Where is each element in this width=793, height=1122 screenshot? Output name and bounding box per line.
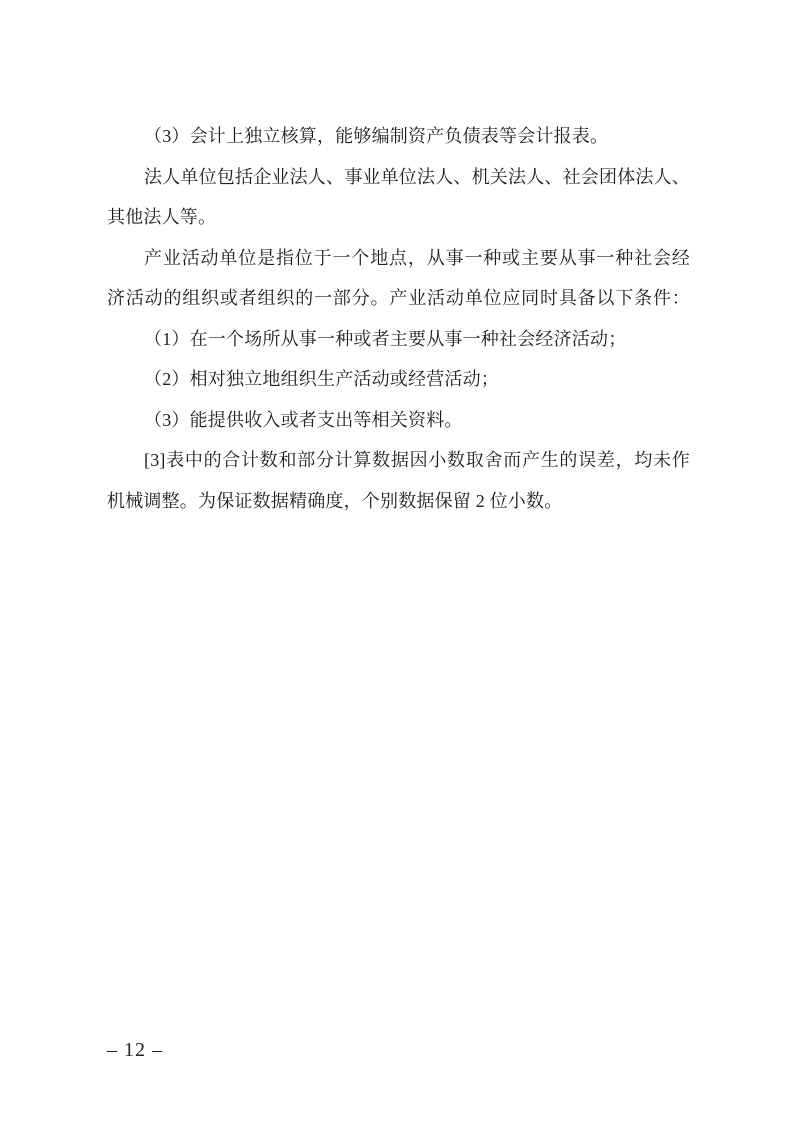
document-page: （3）会计上独立核算，能够编制资产负债表等会计报表。 法人单位包括企业法人、事业… xyxy=(0,0,793,1122)
paragraph-line: 其他法人等。 xyxy=(107,197,690,238)
paragraph-line: 产业活动单位是指位于一个地点，从事一种或主要从事一种社会经 xyxy=(107,238,690,279)
page-number: – 12 – xyxy=(107,1038,163,1062)
paragraph-line: （3）会计上独立核算，能够编制资产负债表等会计报表。 xyxy=(107,116,690,157)
paragraph-line: 济活动的组织或者组织的一部分。产业活动单位应同时具备以下条件： xyxy=(107,278,690,319)
paragraph-line: 机械调整。为保证数据精确度，个别数据保留 2 位小数。 xyxy=(107,481,690,522)
paragraph-line: （1）在一个场所从事一种或者主要从事一种社会经济活动； xyxy=(107,319,690,360)
paragraph-line: 法人单位包括企业法人、事业单位法人、机关法人、社会团体法人、 xyxy=(107,157,690,198)
paragraph-line: （2）相对独立地组织生产活动或经营活动； xyxy=(107,359,690,400)
body-text: （3）会计上独立核算，能够编制资产负债表等会计报表。 法人单位包括企业法人、事业… xyxy=(107,116,690,521)
paragraph-line: （3）能提供收入或者支出等相关资料。 xyxy=(107,400,690,441)
paragraph-line: [3]表中的合计数和部分计算数据因小数取舍而产生的误差，均未作 xyxy=(107,440,690,481)
